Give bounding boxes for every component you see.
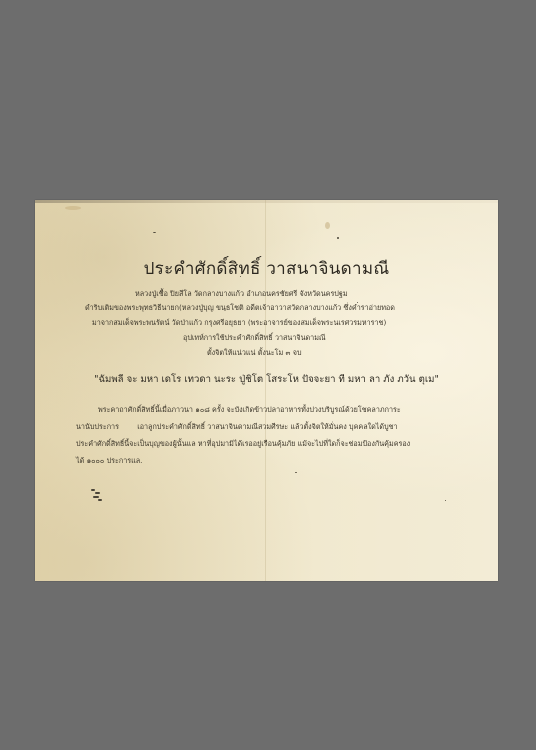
body-line-3: ประคำศักดิ์สิทธิ์นี้จะเป็นบุญของผู้นั้นแ… <box>76 440 410 447</box>
speck <box>295 472 297 473</box>
speck <box>337 237 339 239</box>
body-line-1: พระคาถาศักดิ์สิทธิ์นี้เมื่อภาวนา ๑๐๘ ครั… <box>98 406 401 413</box>
ink-smudge <box>95 492 100 494</box>
document-title: ประคำศักดิ์สิทธิ์ วาสนาจินดามณี <box>35 255 498 282</box>
ink-smudge <box>91 489 95 491</box>
chant-verse: "ฉัมพลี จะ มหา เดโร เทวดา นะระ ปู่ชิโต โ… <box>35 372 498 387</box>
body-line-4: ได้ ๑๐๐๐ ประการแล. <box>76 457 142 464</box>
intro-line-4: อุปเทห์การใช้ประคำศักดิ์สิทธิ์ วาสนาจินด… <box>183 334 326 341</box>
intro-line-3: มาจากสมเด็จพระพนรัตน์ วัดป่าแก้ว กรุงศรี… <box>92 319 386 326</box>
document-paper: ประคำศักดิ์สิทธิ์ วาสนาจินดามณี หลวงปู่เ… <box>35 200 498 581</box>
speck <box>153 232 156 233</box>
intro-line-5: ตั้งจิตให้แน่วแน่ ตั้งนะโม ๓ จบ <box>207 349 302 356</box>
body-line-2: นานับประการ เอาลูกประคำศักดิ์สิทธิ์ วาสน… <box>76 423 398 430</box>
speck <box>445 500 446 501</box>
intro-line-2: ดำริบเติมของพระพุทธวิธีนายก(หลวงปู่บุญ ข… <box>85 304 395 311</box>
stain <box>65 206 81 210</box>
intro-line-1: หลวงปู่เชื้อ ปิยสีโล วัดกลางบางแก้ว อำเภ… <box>135 290 348 297</box>
stain <box>325 222 330 229</box>
ink-smudge <box>98 499 102 501</box>
ink-smudge <box>93 496 99 498</box>
